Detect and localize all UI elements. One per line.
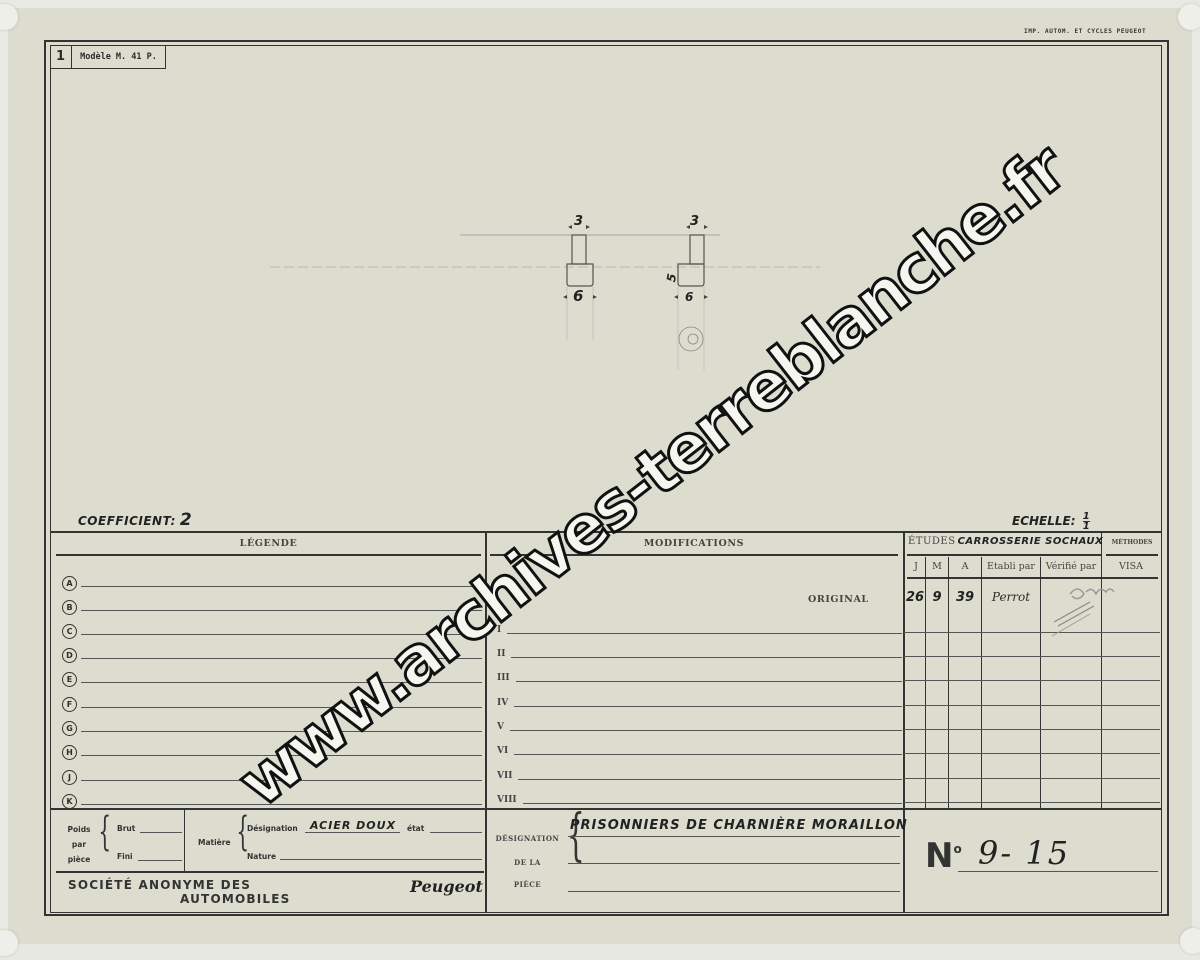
modification-number: V [497, 722, 504, 732]
modification-row: IV [497, 694, 902, 712]
weight-material-divider [184, 810, 185, 871]
legend-line [81, 755, 482, 756]
etudes-col-divider [1101, 533, 1102, 808]
weight-label-line: Poids [62, 822, 96, 837]
designation-line [305, 832, 400, 833]
legend-header-rule [56, 554, 481, 556]
modifications-title: MODIFICATIONS [490, 538, 898, 549]
part-designation-value: PRISONNIERS DE CHARNIÈRE MORAILLON [570, 818, 908, 833]
legend-letter-circle: C [62, 624, 77, 639]
modification-number: VIII [497, 795, 517, 805]
legend-line [81, 731, 482, 732]
entry-etabli-par: Perrot [982, 590, 1040, 604]
brut-label: Brut [117, 824, 135, 833]
legend-row: G [62, 719, 482, 737]
modification-line [510, 730, 902, 731]
title-block-top-rule [50, 531, 1162, 533]
modification-line [514, 754, 902, 755]
original-label: ORIGINAL [808, 594, 869, 605]
material-label: Matière [198, 838, 231, 847]
legend-letter-circle: E [62, 672, 77, 687]
legend-line [81, 780, 482, 781]
weight-label-line: par [62, 837, 96, 852]
fini-line [138, 860, 182, 861]
modification-row: I [497, 621, 902, 639]
legend-letter-circle: G [62, 721, 77, 736]
etudes-header-rule [907, 554, 1101, 556]
legend-line [81, 804, 482, 805]
part-number-n: N [925, 836, 953, 876]
part-number-value: 9- 15 [978, 834, 1070, 872]
scale-label: ECHELLE: [1012, 514, 1076, 528]
legend-line [81, 682, 482, 683]
designation-line [568, 891, 900, 892]
modification-number: VII [497, 771, 512, 781]
svg-text:3: 3 [690, 214, 699, 229]
modification-row: III [497, 669, 902, 687]
svg-text:6: 6 [573, 287, 583, 305]
designation-value: ACIER DOUX [310, 819, 396, 832]
modification-number: I [497, 625, 501, 635]
etat-label: état [407, 824, 424, 833]
legend-line [81, 634, 482, 635]
technical-drawing: 3 6 3 6 5 [0, 0, 1200, 960]
part-designation-label: PIÈCE [490, 880, 565, 889]
legend-letter-circle: F [62, 697, 77, 712]
part-designation-label: DÉSIGNATION [490, 834, 565, 843]
col-year: A [949, 561, 981, 572]
col-verifie-par: Vérifié par [1041, 561, 1101, 572]
col-month: M [926, 561, 948, 572]
legend-letter-circle: H [62, 745, 77, 760]
coefficient-value: 2 [180, 510, 192, 530]
col-day: J [907, 561, 925, 572]
modification-line [514, 706, 902, 707]
entry-month: 9 [926, 590, 948, 605]
etudes-department: CARROSSERIE SOCHAUX [958, 536, 1104, 547]
legend-row: A [62, 574, 482, 592]
legend-letter-circle: D [62, 648, 77, 663]
legend-row: H [62, 743, 482, 761]
designation-line [568, 836, 900, 837]
svg-text:5: 5 [664, 272, 679, 283]
etudes-title: ÉTUDESCARROSSERIE SOCHAUX [908, 536, 1103, 547]
etudes-row-rule [904, 729, 1160, 730]
methodes-header-rule [1106, 554, 1158, 556]
part-number-label: No [925, 836, 962, 876]
company-rule [56, 871, 484, 873]
legend-row: J [62, 768, 482, 786]
designation-line [568, 863, 900, 864]
modification-row: VIII [497, 791, 902, 809]
col-etabli-par: Etabli par [982, 561, 1040, 572]
etudes-row-rule [904, 778, 1160, 779]
part-number-line [958, 871, 1158, 872]
etudes-col-divider [1040, 557, 1041, 808]
legend-line [81, 658, 482, 659]
modification-line [516, 681, 902, 682]
company-name-line2: AUTOMOBILES [68, 892, 291, 906]
legend-letter-circle: K [62, 794, 77, 809]
nature-label: Nature [247, 852, 276, 861]
etudes-colhead-rule [907, 577, 1158, 579]
company-name: SOCIÉTÉ ANONYME DES AUTOMOBILES [68, 878, 291, 906]
etudes-row-rule [904, 656, 1160, 657]
svg-text:6: 6 [685, 290, 693, 304]
peugeot-logo: Peugeot [410, 877, 483, 896]
weight-label-line: pièce [62, 852, 96, 867]
modification-number: VI [497, 746, 508, 756]
part-number-degree: o [953, 842, 961, 856]
modification-line [518, 779, 902, 780]
company-name-line1: SOCIÉTÉ ANONYME DES [68, 878, 291, 892]
modification-number: II [497, 649, 505, 659]
etudes-prefix: ÉTUDES [908, 536, 956, 547]
modification-number: III [497, 673, 510, 683]
fini-label: Fini [117, 852, 133, 861]
legend-letter-circle: A [62, 576, 77, 591]
weight-label: Poids par pièce [62, 822, 96, 867]
legend-title: LÉGENDE [56, 538, 481, 549]
modification-row: V [497, 718, 902, 736]
etudes-row-rule [904, 753, 1160, 754]
methodes-label: MÉTHODES [1106, 539, 1158, 546]
legend-line [81, 586, 482, 587]
legend-row: F [62, 695, 482, 713]
modification-row: VII [497, 767, 902, 785]
modification-row: VI [497, 742, 902, 760]
legend-row: E [62, 670, 482, 688]
modification-line [511, 657, 902, 658]
scale-fraction: 11 [1083, 512, 1090, 531]
coefficient: COEFFICIENT:2 [78, 510, 192, 530]
divider-modifications-etudes [903, 531, 905, 913]
legend-row: K [62, 792, 482, 810]
legend-letter-circle: J [62, 770, 77, 785]
legend-row: D [62, 646, 482, 664]
brut-line [140, 832, 182, 833]
svg-text:3: 3 [574, 214, 583, 229]
modification-line [507, 633, 902, 634]
divider-legend-modifications [485, 531, 487, 913]
legend-row: C [62, 622, 482, 640]
part-designation-label: DE LA [490, 858, 565, 867]
nature-line [280, 859, 482, 860]
etudes-row-rule [904, 705, 1160, 706]
etudes-row-rule [904, 802, 1160, 803]
legend-line [81, 610, 482, 611]
entry-day: 26 [904, 590, 926, 605]
etat-line [430, 832, 482, 833]
entry-year: 39 [949, 590, 981, 605]
coefficient-label: COEFFICIENT: [78, 514, 176, 528]
etudes-row-rule [904, 680, 1160, 681]
legend-line [81, 707, 482, 708]
scale: ECHELLE: 11 [1012, 512, 1090, 531]
brace-icon: { [98, 812, 111, 852]
modification-row: II [497, 645, 902, 663]
col-visa: VISA [1102, 561, 1160, 572]
modifications-header-rule [490, 554, 898, 556]
modification-number: IV [497, 698, 508, 708]
legend-letter-circle: B [62, 600, 77, 615]
verification-signature [1050, 580, 1130, 640]
designation-label: Désignation [247, 824, 298, 833]
legend-row: B [62, 598, 482, 616]
